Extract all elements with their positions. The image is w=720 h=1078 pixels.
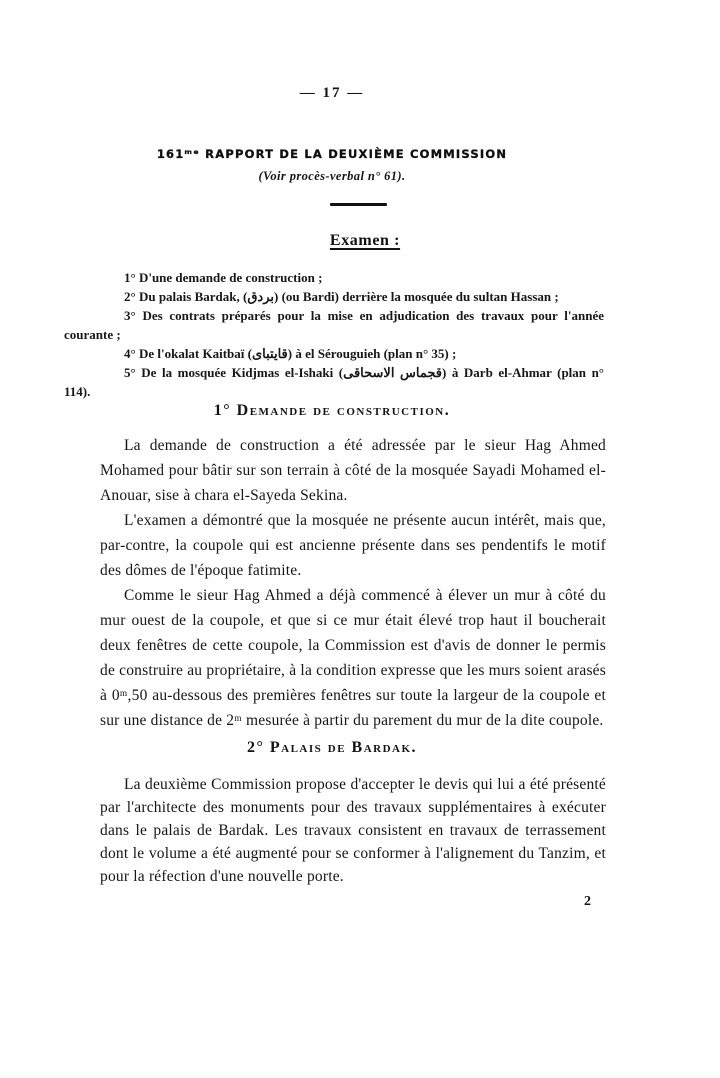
examen-list: 1° D'une demande de construction ; 2° Du… — [64, 268, 604, 401]
divider-rule — [330, 203, 387, 206]
section-body-demande-de-construction: La demande de construction a été adressé… — [100, 433, 606, 733]
list-item: 4° De l'okalat Kaitbaï (قايتباى) à el Sé… — [64, 344, 604, 363]
list-item-text: De l'okalat Kaitbaï (قايتباى) à el Sérou… — [139, 346, 456, 361]
list-item: 3° Des contrats préparés pour la mise en… — [64, 306, 604, 344]
paragraph: L'examen a démontré que la mosquée ne pr… — [100, 508, 606, 583]
list-item-number: 3° — [124, 308, 136, 323]
list-item: 5° De la mosquée Kidjmas el-Ishaki (قجما… — [64, 363, 604, 401]
list-item-number: 1° — [124, 270, 136, 285]
list-item-text: Des contrats préparés pour la mise en ad… — [64, 308, 604, 342]
signature-mark: 2 — [584, 894, 591, 910]
paragraph: La demande de construction a été adressé… — [100, 433, 606, 508]
list-item-number: 4° — [124, 346, 136, 361]
report-subtitle: (Voir procès-verbal n° 61). — [72, 169, 592, 184]
paragraph: La deuxième Commission propose d'accepte… — [100, 773, 606, 888]
examen-heading: Examen : — [105, 232, 625, 250]
document-page: — 17 — 161ᵐᵉ RAPPORT DE LA DEUXIÈME COMM… — [0, 0, 720, 1078]
list-item-text: D'une demande de construction ; — [139, 270, 322, 285]
page-folio-number: — 17 — — [72, 85, 592, 102]
list-item-number: 2° — [124, 289, 136, 304]
section-heading-demande-de-construction: 1° Demande de construction. — [72, 402, 592, 420]
list-item: 2° Du palais Bardak, (بردق) (ou Bardi) d… — [64, 287, 604, 306]
section-heading-palais-de-bardak: 2° Palais de Bardak. — [72, 739, 592, 757]
paragraph: Comme le sieur Hag Ahmed a déjà commencé… — [100, 583, 606, 733]
list-item-text: De la mosquée Kidjmas el-Ishaki (قجماس ا… — [64, 365, 604, 399]
section-body-palais-de-bardak: La deuxième Commission propose d'accepte… — [100, 773, 606, 888]
list-item-number: 5° — [124, 365, 136, 380]
list-item-text: Du palais Bardak, (بردق) (ou Bardi) derr… — [139, 289, 559, 304]
report-title: 161ᵐᵉ RAPPORT DE LA DEUXIÈME COMMISSION — [72, 147, 592, 161]
list-item: 1° D'une demande de construction ; — [64, 268, 604, 287]
